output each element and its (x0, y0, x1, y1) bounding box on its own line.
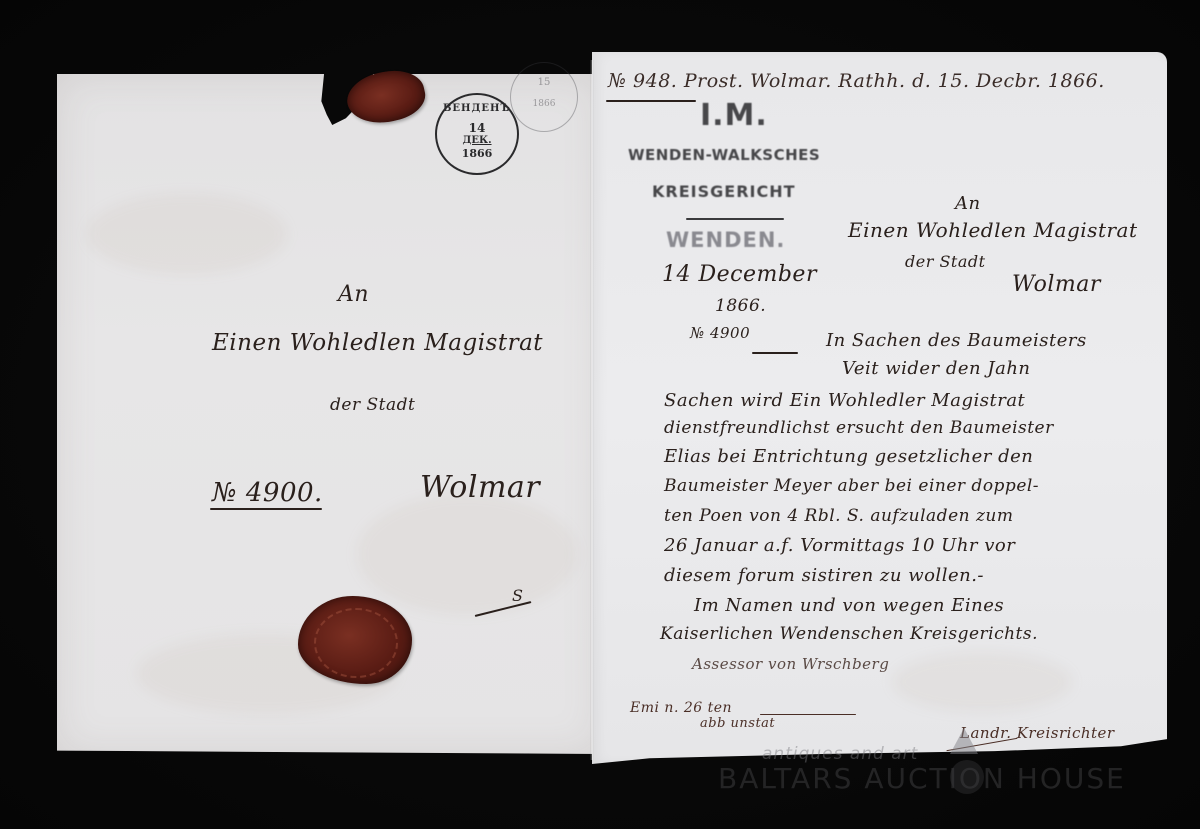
body-line: Baumeister Meyer aber bei einer doppel- (664, 476, 1039, 496)
right-address-line3: der Stadt (905, 252, 986, 271)
wax-seal-bottom (298, 596, 412, 684)
header-note: № 948. Prost. Wolmar. Rathh. d. 15. Decb… (608, 70, 1105, 92)
date-year: 1866. (715, 296, 766, 316)
number-underline (210, 508, 322, 510)
body-line: Kaiserlichen Wendenschen Kreisgerichts. (660, 624, 1038, 644)
stamp-im: I.M. (700, 98, 768, 133)
body-line: Veit wider den Jahn (842, 358, 1031, 379)
right-address-line2: Einen Wohledlen Magistrat (848, 218, 1138, 242)
paper-stain (87, 194, 287, 274)
faint-postmark-year: 1866 (511, 99, 577, 109)
left-address-city: Wolmar (420, 470, 540, 505)
paper-stain (892, 652, 1072, 712)
stamp-rule (686, 218, 784, 220)
faint-postmark-day: 15 (511, 77, 577, 88)
left-address-an: An (338, 282, 369, 307)
postmark-day: 14 (437, 121, 517, 135)
margin-note-2: abb unstat (700, 716, 775, 731)
watermark-tagline: antiques and art (762, 744, 918, 764)
right-address-an: An (955, 193, 981, 214)
signature: Landr. Kreisrichter (960, 724, 1115, 742)
margin-note-line (760, 714, 856, 715)
postmark-faint: 15 1866 (510, 62, 578, 132)
body-line: diesem forum sistiren zu wollen.- (664, 565, 984, 586)
stamp-wenden: WENDEN. (666, 228, 785, 252)
body-line: 26 Januar a.f. Vormittags 10 Uhr vor (664, 535, 1015, 556)
body-line: ten Poen von 4 Rbl. S. aufzuladen zum (664, 506, 1014, 526)
postmark-year: 1866 (437, 147, 517, 160)
left-address-line2: Einen Wohledlen Magistrat (212, 330, 543, 356)
paper-stain (357, 494, 577, 614)
paper-fold (590, 60, 594, 760)
postmark-town: ВЕНДЕНЪ (437, 103, 517, 114)
right-address-city: Wolmar (1012, 272, 1101, 297)
date-december: 14 December (662, 262, 817, 287)
body-line: In Sachen des Baumeisters (826, 330, 1087, 351)
body-line: dienstfreundlichst ersucht den Baumeiste… (664, 418, 1054, 438)
left-address-line3: der Stadt (330, 395, 415, 415)
body-line: Im Namen und von wegen Eines (694, 595, 1004, 616)
date-number: № 4900 (690, 324, 750, 342)
watermark-name: BALTARS AUCTION HOUSE (718, 762, 1126, 795)
date-underline (752, 352, 798, 354)
postmark-wenden: ВЕНДЕНЪ 14 ДЕК. 1866 (435, 93, 519, 175)
postmark-month: ДЕК. (437, 135, 517, 146)
body-line: Sachen wird Ein Wohledler Magistrat (664, 390, 1025, 411)
margin-note-1: Emi n. 26 ten (630, 700, 732, 716)
crown-icon (950, 728, 978, 754)
stamp-line3: KREISGERICHT (652, 182, 796, 201)
body-line: Elias bei Entrichtung gesetzlicher den (664, 446, 1033, 467)
stamp-line2: WENDEN-WALKSCHES (628, 146, 820, 164)
secretary-line: Assessor von Wrschberg (692, 655, 889, 673)
seal-impression (314, 608, 398, 678)
header-underline (606, 100, 696, 102)
left-address-number: № 4900. (212, 478, 323, 508)
